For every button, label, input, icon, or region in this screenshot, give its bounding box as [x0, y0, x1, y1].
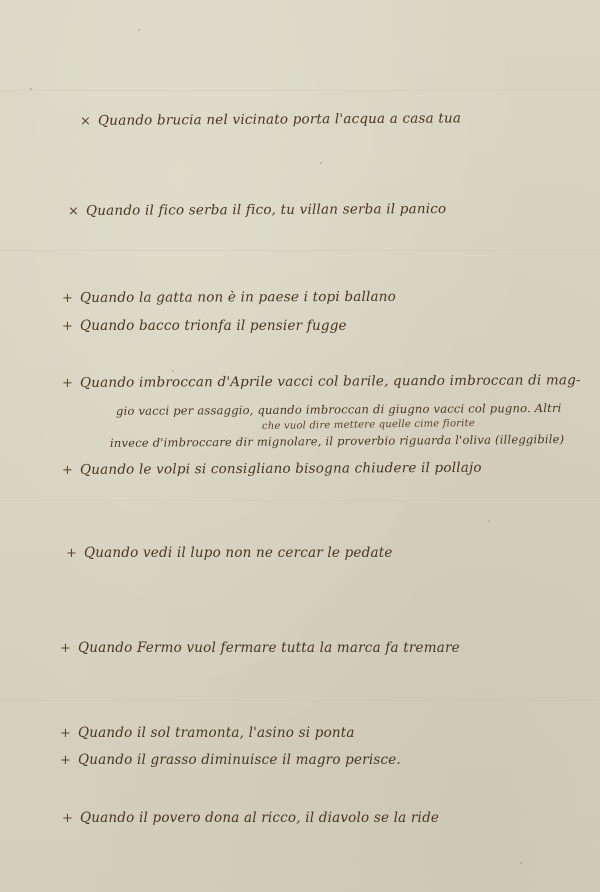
entry-marker: ×: [80, 114, 94, 129]
proverb-continuation: invece d'imbroccare dir mignolare, il pr…: [110, 432, 564, 450]
proverb-text: Quando vedi il lupo non ne cercar le ped…: [84, 545, 393, 561]
entry-marker: +: [60, 726, 74, 741]
proverb-line: +Quando le volpi si consigliano bisogna …: [62, 460, 482, 478]
proverb-text: Quando il sol tramonta, l'asino si ponta: [78, 725, 355, 741]
entry-marker: ×: [68, 204, 82, 219]
foxing-spot: [138, 29, 140, 31]
manuscript-page: ×Quando brucia nel vicinato porta l'acqu…: [0, 0, 600, 892]
proverb-line: +Quando la gatta non è in paese i topi b…: [62, 289, 396, 306]
proverb-line: +Quando il sol tramonta, l'asino si pont…: [60, 725, 355, 741]
proverb-line: +Quando bacco trionfa il pensier fugge: [62, 318, 347, 334]
proverb-text: Quando imbroccan d'Aprile vacci col bari…: [80, 372, 581, 391]
entry-marker: +: [66, 546, 80, 561]
paper-rule: [0, 250, 600, 251]
entry-marker: +: [62, 376, 76, 391]
foxing-spot: [172, 370, 174, 372]
proverb-line: +Quando il povero dona al ricco, il diav…: [62, 810, 439, 826]
entry-marker: +: [62, 291, 76, 306]
proverb-continuation: gio vacci per assaggio, quando imbroccan…: [116, 401, 562, 418]
proverb-line: +Quando imbroccan d'Aprile vacci col bar…: [62, 372, 581, 391]
proverb-line: ×Quando il fico serba il fico, tu villan…: [68, 201, 446, 219]
proverb-line: +Quando il grasso diminuisce il magro pe…: [60, 752, 401, 768]
entry-marker: +: [60, 641, 74, 656]
paper-rule: [0, 90, 600, 91]
foxing-spot: [320, 162, 322, 164]
proverb-line: +Quando Fermo vuol fermare tutta la marc…: [60, 640, 460, 656]
foxing-spot: [30, 88, 32, 90]
interlinear-note: che vuol dire mettere quelle cime fiorit…: [262, 418, 475, 432]
paper-rule: [0, 500, 600, 501]
paper-rule: [0, 700, 600, 701]
foxing-spot: [488, 520, 490, 522]
proverb-text: Quando il povero dona al ricco, il diavo…: [80, 810, 439, 826]
proverb-line: ×Quando brucia nel vicinato porta l'acqu…: [80, 110, 461, 129]
proverb-text: Quando il grasso diminuisce il magro per…: [78, 752, 401, 768]
entry-marker: +: [62, 319, 76, 334]
foxing-spot: [520, 862, 522, 864]
proverb-text: Quando bacco trionfa il pensier fugge: [80, 318, 347, 334]
entry-marker: +: [60, 753, 74, 768]
entry-marker: +: [62, 811, 76, 826]
proverb-text: Quando il fico serba il fico, tu villan …: [86, 201, 446, 219]
proverb-text: Quando Fermo vuol fermare tutta la marca…: [78, 640, 460, 656]
proverb-line: +Quando vedi il lupo non ne cercar le pe…: [66, 545, 393, 561]
proverb-text: Quando le volpi si consigliano bisogna c…: [80, 460, 482, 478]
entry-marker: +: [62, 463, 76, 478]
proverb-text: Quando brucia nel vicinato porta l'acqua…: [98, 110, 461, 129]
proverb-text: Quando la gatta non è in paese i topi ba…: [80, 289, 396, 306]
